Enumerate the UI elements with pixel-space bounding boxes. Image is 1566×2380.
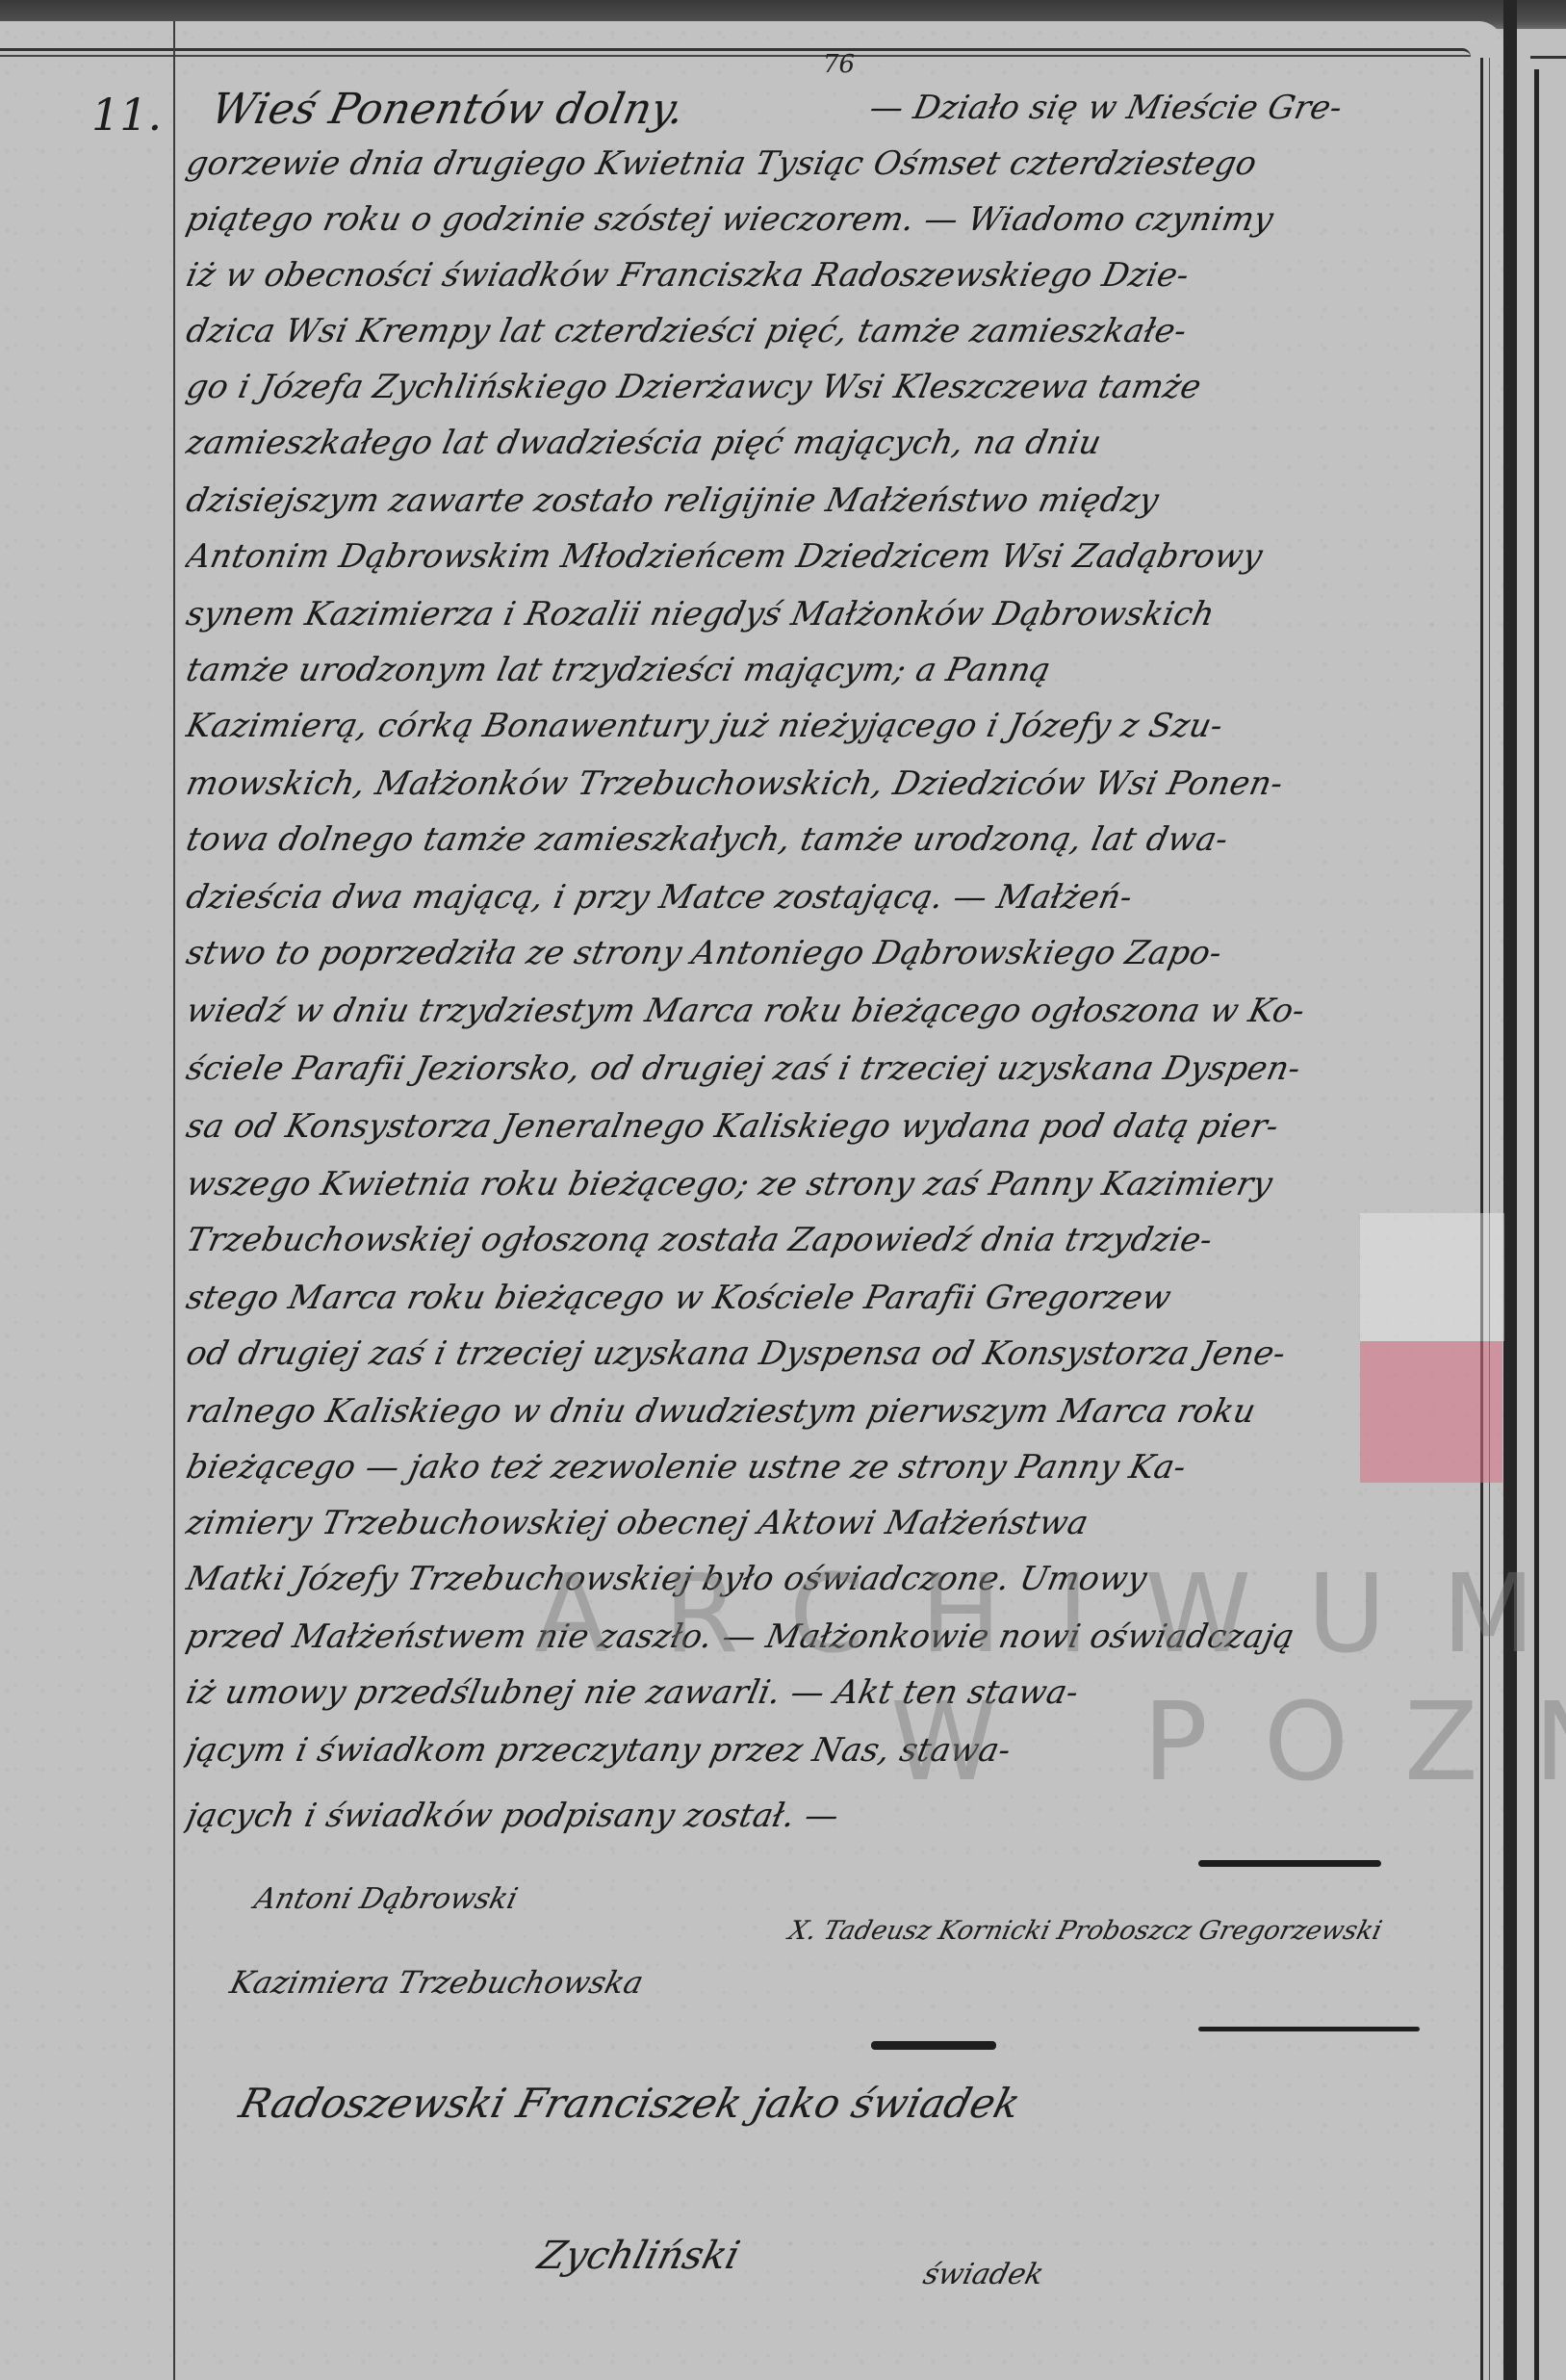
record-line: jącym i świadkom przeczytany przez Nas, …	[183, 1731, 1486, 1770]
record-line: ralnego Kaliskiego w dniu dwudziestym pi…	[183, 1392, 1486, 1431]
record-line: tamże urodzonym lat trzydzieści mającym;…	[183, 651, 1486, 689]
page-top-border	[0, 48, 1471, 57]
signature-bride: Kazimiera Trzebuchowska	[226, 1964, 647, 2001]
record-line: Kazimierą, córką Bonawentury już nieżyją…	[183, 707, 1486, 745]
record-line: stego Marca roku bieżącego w Kościele Pa…	[183, 1279, 1486, 1317]
record-line: ściele Parafii Jeziorsko, od drugiej zaś…	[183, 1049, 1486, 1088]
record-line: dzisiejszym zawarte zostało religijnie M…	[183, 481, 1486, 520]
record-line: Matki Józefy Trzebuchowskiej było oświad…	[183, 1560, 1486, 1598]
record-line: towa dolnego tamże zamieszkałych, tamże …	[183, 820, 1486, 859]
record-line: iż umowy przedślubnej nie zawarli. — Akt…	[183, 1673, 1486, 1712]
record-line: Antonim Dąbrowskim Młodzieńcem Dziedzice…	[183, 537, 1486, 576]
record-line: przed Małżeństwem nie zaszło. — Małżonko…	[183, 1617, 1486, 1656]
record-line: synem Kazimierza i Rozalii niegdyś Małżo…	[183, 595, 1486, 634]
record-line: Trzebuchowskiej ogłoszoną została Zapowi…	[183, 1221, 1486, 1259]
adjacent-page-edge	[1517, 29, 1566, 2380]
record-line: — Działo się w Mieście Gre-	[866, 89, 1491, 127]
left-margin-rule	[173, 21, 175, 2380]
record-line: piątego roku o godzinie szóstej wieczore…	[183, 200, 1486, 239]
record-line: wszego Kwietnia roku bieżącego; ze stron…	[183, 1165, 1486, 1203]
signature-flourish	[871, 2041, 996, 2050]
record-line: od drugiej zaś i trzeciej uzyskana Dyspe…	[183, 1334, 1486, 1373]
highlight-overlay	[1360, 1341, 1502, 1483]
signature-witness-2: Zychliński	[533, 2234, 744, 2278]
record-line: dzica Wsi Krempy lat czterdzieści pięć, …	[183, 312, 1486, 350]
adjacent-page-border-rule	[1534, 69, 1539, 2380]
record-line: mowskich, Małżonków Trzebuchowskich, Dzi…	[183, 764, 1486, 803]
image-retouch-patch	[1360, 1213, 1504, 1341]
record-line: bieżącego — jako też zezwolenie ustne ze…	[183, 1448, 1486, 1487]
signature-groom: Antoni Dąbrowski	[251, 1882, 522, 1916]
heading-note: 76	[823, 50, 855, 79]
record-line: go i Józefa Zychlińskiego Dzierżawcy Wsi…	[183, 368, 1486, 406]
adjacent-page-top-rule	[1530, 56, 1566, 59]
record-line: wiedź w dniu trzydziestym Marca roku bie…	[183, 992, 1486, 1030]
signature-witness-2-role: świadek	[920, 2258, 1047, 2291]
record-line: gorzewie dnia drugiego Kwietnia Tysiąc O…	[183, 144, 1486, 183]
signature-priest: X. Tadeusz Kornicki Proboszcz Gregorzews…	[785, 1916, 1385, 1946]
record-line: stwo to poprzedziła ze strony Antoniego …	[183, 934, 1486, 972]
record-line: dzieścia dwa mającą, i przy Matce zostaj…	[183, 878, 1486, 917]
priest-flourish	[1198, 2027, 1420, 2031]
entry-number: 11.	[91, 89, 162, 141]
signature-witness-1: Radoszewski Franciszek jako świadek	[235, 2080, 1025, 2127]
book-gutter	[1503, 0, 1517, 2380]
record-line: iż w obecności świadków Franciszka Rados…	[183, 256, 1486, 295]
record-line: sa od Konsystorza Jeneralnego Kaliskiego…	[183, 1107, 1486, 1146]
closing-flourish	[1198, 1860, 1381, 1867]
record-line: zamieszkałego lat dwadzieścia pięć mając…	[183, 424, 1486, 462]
record-line: jących i świadków podpisany został. —	[183, 1797, 1486, 1835]
record-line: zimiery Trzebuchowskiej obecnej Aktowi M…	[183, 1504, 1486, 1542]
